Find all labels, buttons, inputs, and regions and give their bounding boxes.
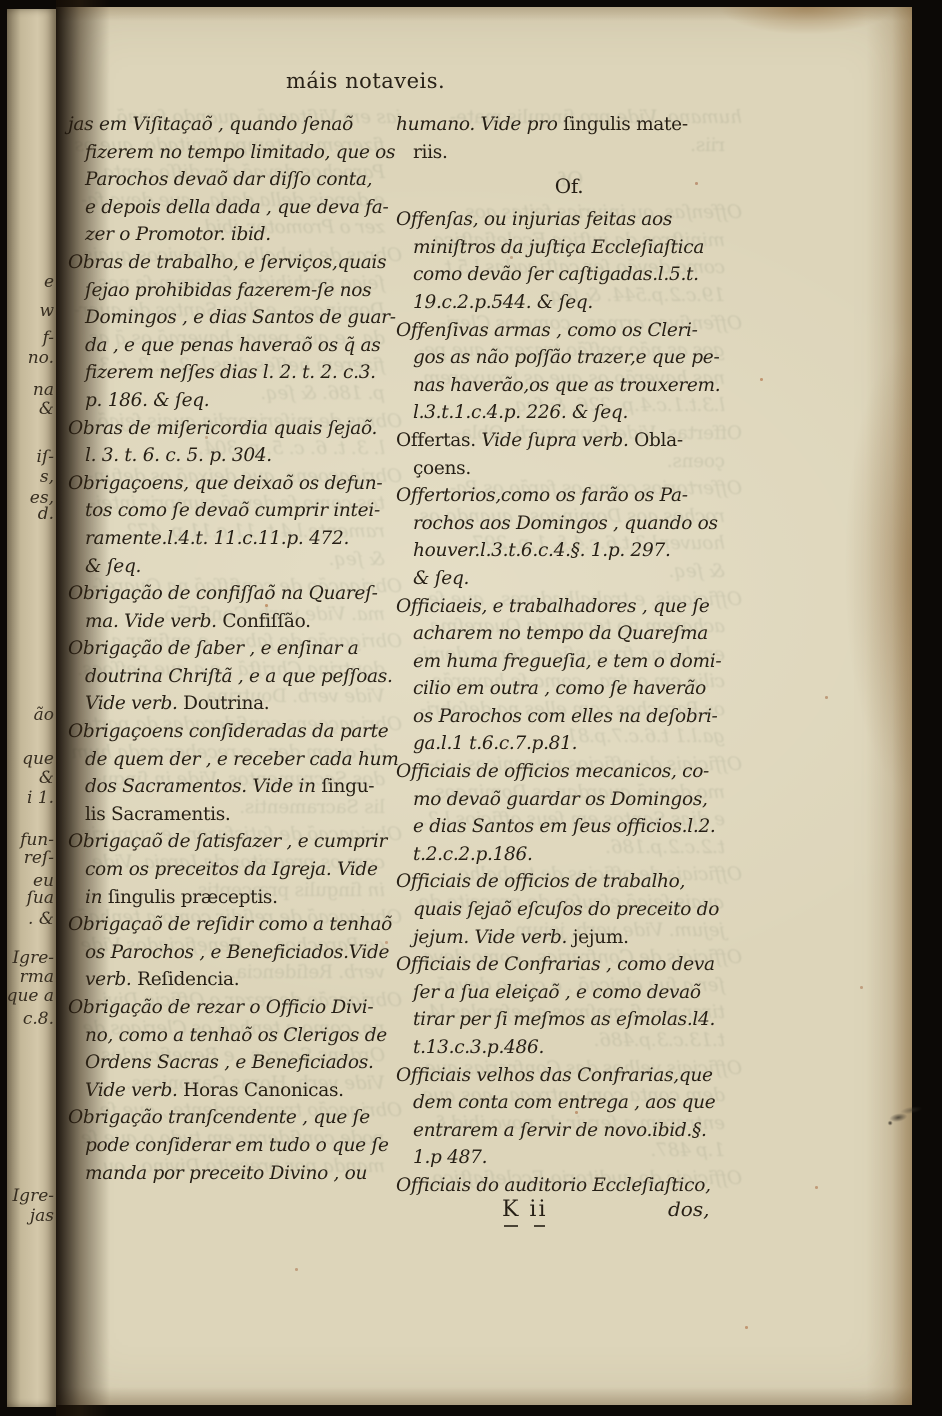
gutter-text-fragment: e — [44, 272, 54, 292]
text-segment: Horas Canonicas. — [183, 1080, 344, 1101]
text-segment: Obrigaçaõ de ſatisfazer , e cumprir — [68, 831, 387, 852]
text-segment: Officiais velhos das Confrarias,que — [396, 1065, 713, 1086]
index-entry: Obrigaçaõ de reſidir como a tenhaõos Par… — [68, 911, 402, 994]
text-segment: ma. Vide verb. — [85, 611, 222, 632]
entry-line: Obrigação de ſaber , e enſinar a — [68, 635, 402, 663]
text-segment: rochos aos Domingos , quando os — [413, 513, 718, 534]
text-segment: e depois della dada , que deva fa- — [85, 197, 388, 218]
signature-underline — [504, 1225, 518, 1227]
text-segment: Officiais de officios mecanicos, co- — [396, 761, 709, 782]
entry-line: dem conta com entrega , aos que — [396, 1089, 742, 1117]
entry-line: jejum. Vide verb. jejum. — [396, 924, 742, 952]
entry-line: p. 186. & ſeq. — [68, 387, 402, 415]
entry-line: Obrigação tranſcendente , que ſe — [68, 1104, 402, 1132]
entry-line: Obrigação de rezar o Officio Divi- — [68, 994, 402, 1022]
index-entry: Obrigaçoens, que deixaõ os defun-tos com… — [68, 470, 402, 580]
text-segment: çoens. — [413, 458, 471, 479]
text-segment: Obrigaçoens conſideradas da parte — [68, 721, 388, 742]
text-segment: Obras de miſericordia quais ſejaõ. — [68, 418, 377, 439]
gutter-text-fragment: fun- — [20, 830, 54, 850]
signature-underline — [534, 1225, 545, 1227]
text-segment: Vide ſupra verb. — [481, 430, 634, 451]
gutter-text-fragment: s, — [40, 467, 54, 487]
text-segment: ſejao prohibidas fazerem-ſe nos — [85, 280, 371, 301]
entry-line: Obras de trabalho, e ſerviços,quais — [68, 249, 402, 277]
text-segment: 1.p 487. — [413, 1147, 487, 1168]
index-entry: Obrigação de rezar o Officio Divi-no, co… — [68, 994, 402, 1104]
text-segment: com os preceitos da Igreja. Vide — [85, 859, 378, 880]
text-segment: da , e que penas haveraõ os q̃ as — [85, 335, 380, 356]
gutter-text-fragment: f- — [43, 328, 54, 348]
index-entry: Obrigação tranſcendente , que ſepode con… — [68, 1104, 402, 1187]
text-segment: lis Sacramentis. — [85, 804, 230, 825]
text-segment: tirar per ſi meſmos as eſmolas.l4. — [413, 1009, 715, 1030]
gutter-text-fragment: d. — [38, 504, 54, 524]
entry-line: rochos aos Domingos , quando os — [396, 510, 742, 538]
text-segment: jejum. Vide verb. — [413, 927, 573, 948]
entry-line: os Parochos com elles na deſobri- — [396, 703, 742, 731]
text-segment: ſingulis præceptis. — [108, 887, 278, 908]
text-segment: em huma fregueſia, e tem o domi- — [413, 651, 721, 672]
index-entry: Obrigaçoens conſideradas da partede quem… — [68, 718, 402, 828]
entry-line: tirar per ſi meſmos as eſmolas.l4. — [396, 1006, 742, 1034]
entry-line: Domingos , e dias Santos de guar- — [68, 304, 402, 332]
gutter-text-fragment: iſ- — [37, 447, 54, 467]
entry-line: Obras de miſericordia quais ſejaõ. — [68, 415, 402, 443]
index-entry: Offenſas, ou injurias feitas aosminiſtro… — [396, 206, 742, 316]
entry-line: 1.p 487. — [396, 1144, 742, 1172]
text-segment: jejum. — [573, 927, 629, 948]
text-segment: de quem der , e receber cada hum — [85, 749, 398, 770]
gutter-text-fragment: jas — [30, 1206, 54, 1226]
text-segment: miniſtros da juſtiça Eccleſiaſtica — [413, 237, 704, 258]
entry-line: quais ſejaõ eſcuſos do preceito do — [396, 896, 742, 924]
entry-line: pode conſiderar em tudo o que ſe — [68, 1132, 402, 1160]
index-entry: jas em Viſitaçaõ , quando ſenaõfizerem n… — [68, 111, 402, 249]
gutter-text-fragment: na — [33, 380, 54, 400]
index-entry: Offenſivas armas , como os Cleri-gos as … — [396, 317, 742, 427]
text-segment: tos como ſe devaõ cumprir intei- — [85, 500, 380, 521]
text-segment: Doutrina. — [183, 693, 269, 714]
entry-line: como devão ſer caſtigadas.l.5.t. — [396, 261, 742, 289]
entry-line: nas haverão,os que as trouxerem. — [396, 372, 742, 400]
entry-line: ſer a ſua eleiçaõ , e como devaõ — [396, 979, 742, 1007]
index-entry: Obrigação de confiſſaõ na Quareſ-ma. Vid… — [68, 580, 402, 635]
entry-line: de quem der , e receber cada hum — [68, 746, 402, 774]
entry-line: Obrigaçoens conſideradas da parte — [68, 718, 402, 746]
entry-line: doutrina Chriſtã , e a que peſſoas. — [68, 663, 402, 691]
gutter-text-fragment: Igre- — [12, 1186, 54, 1206]
entry-line: Officiais de Confrarias , como deva — [396, 951, 742, 979]
index-entry: Offertorios,como os farão os Pa-rochos a… — [396, 482, 742, 592]
entry-line: e depois della dada , que deva fa- — [68, 194, 402, 222]
entry-line: zer o Promotor. ibid. — [68, 221, 402, 249]
entry-line: no, como a tenhaõ os Clerigos de — [68, 1022, 402, 1050]
entry-line: l.3.t.1.c.4.p. 226. & ſeq. — [396, 399, 742, 427]
entry-line: ma. Vide verb. Confiſſão. — [68, 608, 402, 636]
text-segment: zer o Promotor. ibid. — [85, 224, 271, 245]
text-segment: os Parochos com elles na deſobri- — [413, 706, 718, 727]
entry-line: Obrigaçaõ de reſidir como a tenhaõ — [68, 911, 402, 939]
text-segment: Confiſſão. — [222, 611, 310, 632]
entry-line: Officiaeis, e trabalhadores , que ſe — [396, 593, 742, 621]
entry-line: manda por preceito Divino , ou — [68, 1160, 402, 1188]
index-entry: Officiais de Confrarias , como devaſer a… — [396, 951, 742, 1061]
gutter-text-fragment: i 1. — [27, 788, 54, 808]
text-segment: pode conſiderar em tudo o que ſe — [85, 1135, 389, 1156]
entry-line: t.13.c.3.p.486. — [396, 1034, 742, 1062]
entry-line: os Parochos , e Beneficiados.Vide — [68, 939, 402, 967]
text-segment: p. 186. & ſeq. — [85, 390, 209, 411]
text-segment: no, como a tenhaõ os Clerigos de — [85, 1025, 387, 1046]
entry-line: in ſingulis præceptis. — [68, 884, 402, 912]
entry-line: tos como ſe devaõ cumprir intei- — [68, 497, 402, 525]
text-segment: doutrina Chriſtã , e a que peſſoas. — [85, 666, 393, 687]
text-segment: manda por preceito Divino , ou — [85, 1163, 367, 1184]
entry-line: Vide verb. Doutrina. — [68, 690, 402, 718]
gutter-text-fragment: & — [39, 768, 54, 788]
entry-line: Officiais velhos das Confrarias,que — [396, 1062, 742, 1090]
text-segment: fizerem neſſes dias l. 2. t. 2. c.3. — [85, 362, 376, 383]
text-segment: in — [85, 887, 108, 908]
index-entry: Obras de miſericordia quais ſejaõ.l. 3. … — [68, 415, 402, 470]
text-segment: como devão ſer caſtigadas.l.5.t. — [413, 264, 699, 285]
text-segment: 19.c.2.p.544. & ſeq. — [413, 292, 593, 313]
text-segment: humano. Vide pro — [396, 114, 563, 135]
gutter-text-fragment: Igre- — [12, 948, 54, 968]
text-segment: Obrigação tranſcendente , que ſe — [68, 1107, 370, 1128]
entry-line: & ſeq. — [68, 553, 402, 581]
text-segment: Obrigação de ſaber , e enſinar a — [68, 638, 358, 659]
entry-line: Officiais de officios mecanicos, co- — [396, 758, 742, 786]
index-entry: humano. Vide pro ſingulis mate-riis. — [396, 111, 742, 166]
entry-line: Offenſivas armas , como os Cleri- — [396, 317, 742, 345]
text-segment: os Parochos , e Beneficiados.Vide — [85, 942, 389, 963]
entry-line: l. 3. t. 6. c. 5. p. 304. — [68, 442, 402, 470]
text-segment: riis. — [413, 142, 448, 163]
entry-line: mo devaõ guardar os Domingos, — [396, 786, 742, 814]
text-segment: l.3.t.1.c.4.p. 226. & ſeq. — [413, 402, 628, 423]
entry-line: jas em Viſitaçaõ , quando ſenaõ — [68, 111, 402, 139]
entry-line: miniſtros da juſtiça Eccleſiaſtica — [396, 234, 742, 262]
entry-line: Officiais do auditorio Eccleſiaſtico, — [396, 1172, 742, 1200]
entry-line: fizerem neſſes dias l. 2. t. 2. c.3. — [68, 359, 402, 387]
entry-line: Offertorios,como os farão os Pa- — [396, 482, 742, 510]
text-segment: Offertorios,como os farão os Pa- — [396, 485, 688, 506]
ink-smudge — [880, 1095, 935, 1135]
text-segment: Obras de trabalho, e ſerviços,quais — [68, 252, 386, 273]
text-segment: Obrigação de confiſſaõ na Quareſ- — [68, 583, 378, 604]
gutter-text-fragment: & — [39, 399, 54, 419]
entry-line: fizerem no tempo limitado, que os — [68, 139, 402, 167]
gutter-text-fragment: que — [22, 749, 54, 769]
text-segment: mo devaõ guardar os Domingos, — [413, 789, 708, 810]
running-title: máis notaveis. — [286, 69, 445, 93]
gutter-text-fragment: w — [39, 301, 54, 321]
entry-line: entrarem a ſervir de novo.ibid.§. — [396, 1117, 742, 1145]
gutter-text-fragment: c.8. — [23, 1009, 54, 1029]
index-entry: Obrigaçaõ de ſatisfazer , e cumprircom o… — [68, 828, 402, 911]
gutter-text-fragment: que a — [7, 986, 54, 1006]
text-segment: Offenſas, ou injurias feitas aos — [396, 209, 672, 230]
entry-line: Parochos devaõ dar diſſo conta, — [68, 166, 402, 194]
gutter-text-fragment: ão — [34, 705, 54, 725]
text-segment: Obrigaçoens, que deixaõ os defun- — [68, 473, 382, 494]
facing-page-edge: ewf-no.na&iſ-s,es,d.ãoque&i 1.fun-reſ-eu… — [7, 9, 56, 1407]
entry-line: houver.l.3.t.6.c.4.§. 1.p. 297. — [396, 537, 742, 565]
entry-line: riis. — [396, 139, 742, 167]
entry-line: & ſeq. — [396, 565, 742, 593]
entry-line: em huma fregueſia, e tem o domi- — [396, 648, 742, 676]
text-segment: nas haverão,os que as trouxerem. — [413, 375, 720, 396]
text-segment: Offenſivas armas , como os Cleri- — [396, 320, 698, 341]
text-segment: Officiais de officios de trabalho, — [396, 871, 685, 892]
entry-line: Obrigaçoens, que deixaõ os defun- — [68, 470, 402, 498]
index-entry: Officiaeis, e trabalhadores , que ſeacha… — [396, 593, 742, 759]
text-segment: fizerem no tempo limitado, que os — [85, 142, 395, 163]
text-segment: t.2.c.2.p.186. — [413, 844, 533, 865]
index-entry: Offertas. Vide ſupra verb. Obla-çoens. — [396, 427, 742, 482]
entry-line: cilio em outra , como ſe haverão — [396, 675, 742, 703]
text-segment: gos as não poſſão trazer,e que pe- — [413, 347, 719, 368]
entry-line: Obrigaçaõ de ſatisfazer , e cumprir — [68, 828, 402, 856]
text-segment: verb. — [85, 969, 137, 990]
text-segment: dem conta com entrega , aos que — [413, 1092, 715, 1113]
text-segment: acharem no tempo da Quareſma — [413, 623, 708, 644]
gutter-text-fragment: reſ- — [24, 848, 54, 868]
text-segment: & ſeq. — [413, 568, 469, 589]
index-entry: Obras de trabalho, e ſerviços,quaisſejao… — [68, 249, 402, 415]
entry-line: verb. Reſidencia. — [68, 966, 402, 994]
index-entry: Obrigação de ſaber , e enſinar adoutrina… — [68, 635, 402, 718]
index-entry: Officiais do auditorio Eccleſiaſtico, — [396, 1172, 742, 1200]
text-segment: quais ſejaõ eſcuſos do preceito do — [413, 899, 719, 920]
entry-line: 19.c.2.p.544. & ſeq. — [396, 289, 742, 317]
text-segment: l. 3. t. 6. c. 5. p. 304. — [85, 445, 272, 466]
entry-line: ſejao prohibidas fazerem-ſe nos — [68, 277, 402, 305]
text-segment: Officiaeis, e trabalhadores , que ſe — [396, 596, 710, 617]
text-segment: cilio em outra , como ſe haverão — [413, 678, 706, 699]
entry-line: Vide verb. Horas Canonicas. — [68, 1077, 402, 1105]
entry-line: acharem no tempo da Quareſma — [396, 620, 742, 648]
text-segment: t.13.c.3.p.486. — [413, 1037, 544, 1058]
entry-line: Obrigação de confiſſaõ na Quareſ- — [68, 580, 402, 608]
text-segment: Officiais de Confrarias , como deva — [396, 954, 715, 975]
book-page: máis notaveis. jas em Viſitaçaõ , quando… — [56, 7, 912, 1405]
text-segment: Offertas. — [396, 430, 481, 451]
gutter-text-fragment: rma — [20, 967, 54, 987]
scanned-book-photo: ewf-no.na&iſ-s,es,d.ãoque&i 1.fun-reſ-eu… — [0, 0, 942, 1416]
entry-line: t.2.c.2.p.186. — [396, 841, 742, 869]
text-segment: ſingu- — [321, 776, 374, 797]
paper-speckles — [56, 7, 57, 8]
entry-line: humano. Vide pro ſingulis mate- — [396, 111, 742, 139]
entry-line: çoens. — [396, 455, 742, 483]
index-column-left: jas em Viſitaçaõ , quando ſenaõfizerem n… — [68, 111, 402, 1187]
gutter-text-fragment: . & — [28, 909, 54, 929]
index-entry: Officiais de officios de trabalho,quais … — [396, 868, 742, 951]
text-segment: Parochos devaõ dar diſſo conta, — [85, 169, 372, 190]
entry-line: dos Sacramentos. Vide in ſingu- — [68, 773, 402, 801]
text-segment: Vide verb. — [85, 693, 183, 714]
text-segment: Domingos , e dias Santos de guar- — [85, 307, 396, 328]
text-segment: ramente.l.4.t. 11.c.11.p. 472. — [85, 528, 349, 549]
gutter-text-fragment: ſua — [27, 888, 54, 908]
index-entry: Officiais de officios mecanicos, co-mo d… — [396, 758, 742, 868]
text-segment: Ordens Sacras , e Beneficiados. — [85, 1052, 374, 1073]
text-segment: dos Sacramentos. Vide in — [85, 776, 321, 797]
text-segment: Vide verb. — [85, 1080, 183, 1101]
index-column-right: humano. Vide pro ſingulis mate-riis.Of.O… — [396, 111, 742, 1200]
text-segment: Obrigação de rezar o Officio Divi- — [68, 997, 373, 1018]
entry-line: com os preceitos da Igreja. Vide — [68, 856, 402, 884]
text-segment: jas em Viſitaçaõ , quando ſenaõ — [68, 114, 353, 135]
entry-line: Officiais de officios de trabalho, — [396, 868, 742, 896]
index-entry: Officiais velhos das Confrarias,quedem c… — [396, 1062, 742, 1172]
text-segment: & ſeq. — [85, 556, 141, 577]
text-segment: houver.l.3.t.6.c.4.§. 1.p. 297. — [413, 540, 671, 561]
entry-line: Ordens Sacras , e Beneficiados. — [68, 1049, 402, 1077]
entry-line: Offenſas, ou injurias feitas aos — [396, 206, 742, 234]
text-segment: ga.l.1 t.6.c.7.p.81. — [413, 733, 577, 754]
text-segment: e dias Santos em ſeus officios.l.2. — [413, 816, 716, 837]
text-segment: Obrigaçaõ de reſidir como a tenhaõ — [68, 914, 392, 935]
entry-line: gos as não poſſão trazer,e que pe- — [396, 344, 742, 372]
entry-line: lis Sacramentis. — [68, 801, 402, 829]
entry-line: da , e que penas haveraõ os q̃ as — [68, 332, 402, 360]
text-segment: ſingulis mate- — [563, 114, 688, 135]
entry-line: Offertas. Vide ſupra verb. Obla- — [396, 427, 742, 455]
entry-line: e dias Santos em ſeus officios.l.2. — [396, 813, 742, 841]
section-heading: Of. — [396, 166, 742, 206]
text-segment: Officiais do auditorio Eccleſiaſtico, — [396, 1175, 711, 1196]
entry-line: ramente.l.4.t. 11.c.11.p. 472. — [68, 525, 402, 553]
gutter-text-fragment: no. — [28, 348, 54, 368]
text-segment: Reſidencia. — [137, 969, 239, 990]
text-segment: entrarem a ſervir de novo.ibid.§. — [413, 1120, 707, 1141]
text-segment: ſer a ſua eleiçaõ , e como devaõ — [413, 982, 701, 1003]
catchword: dos, — [668, 1197, 709, 1221]
signature-mark: K ii — [502, 1197, 548, 1222]
entry-line: ga.l.1 t.6.c.7.p.81. — [396, 730, 742, 758]
text-segment: Obla- — [634, 430, 683, 451]
